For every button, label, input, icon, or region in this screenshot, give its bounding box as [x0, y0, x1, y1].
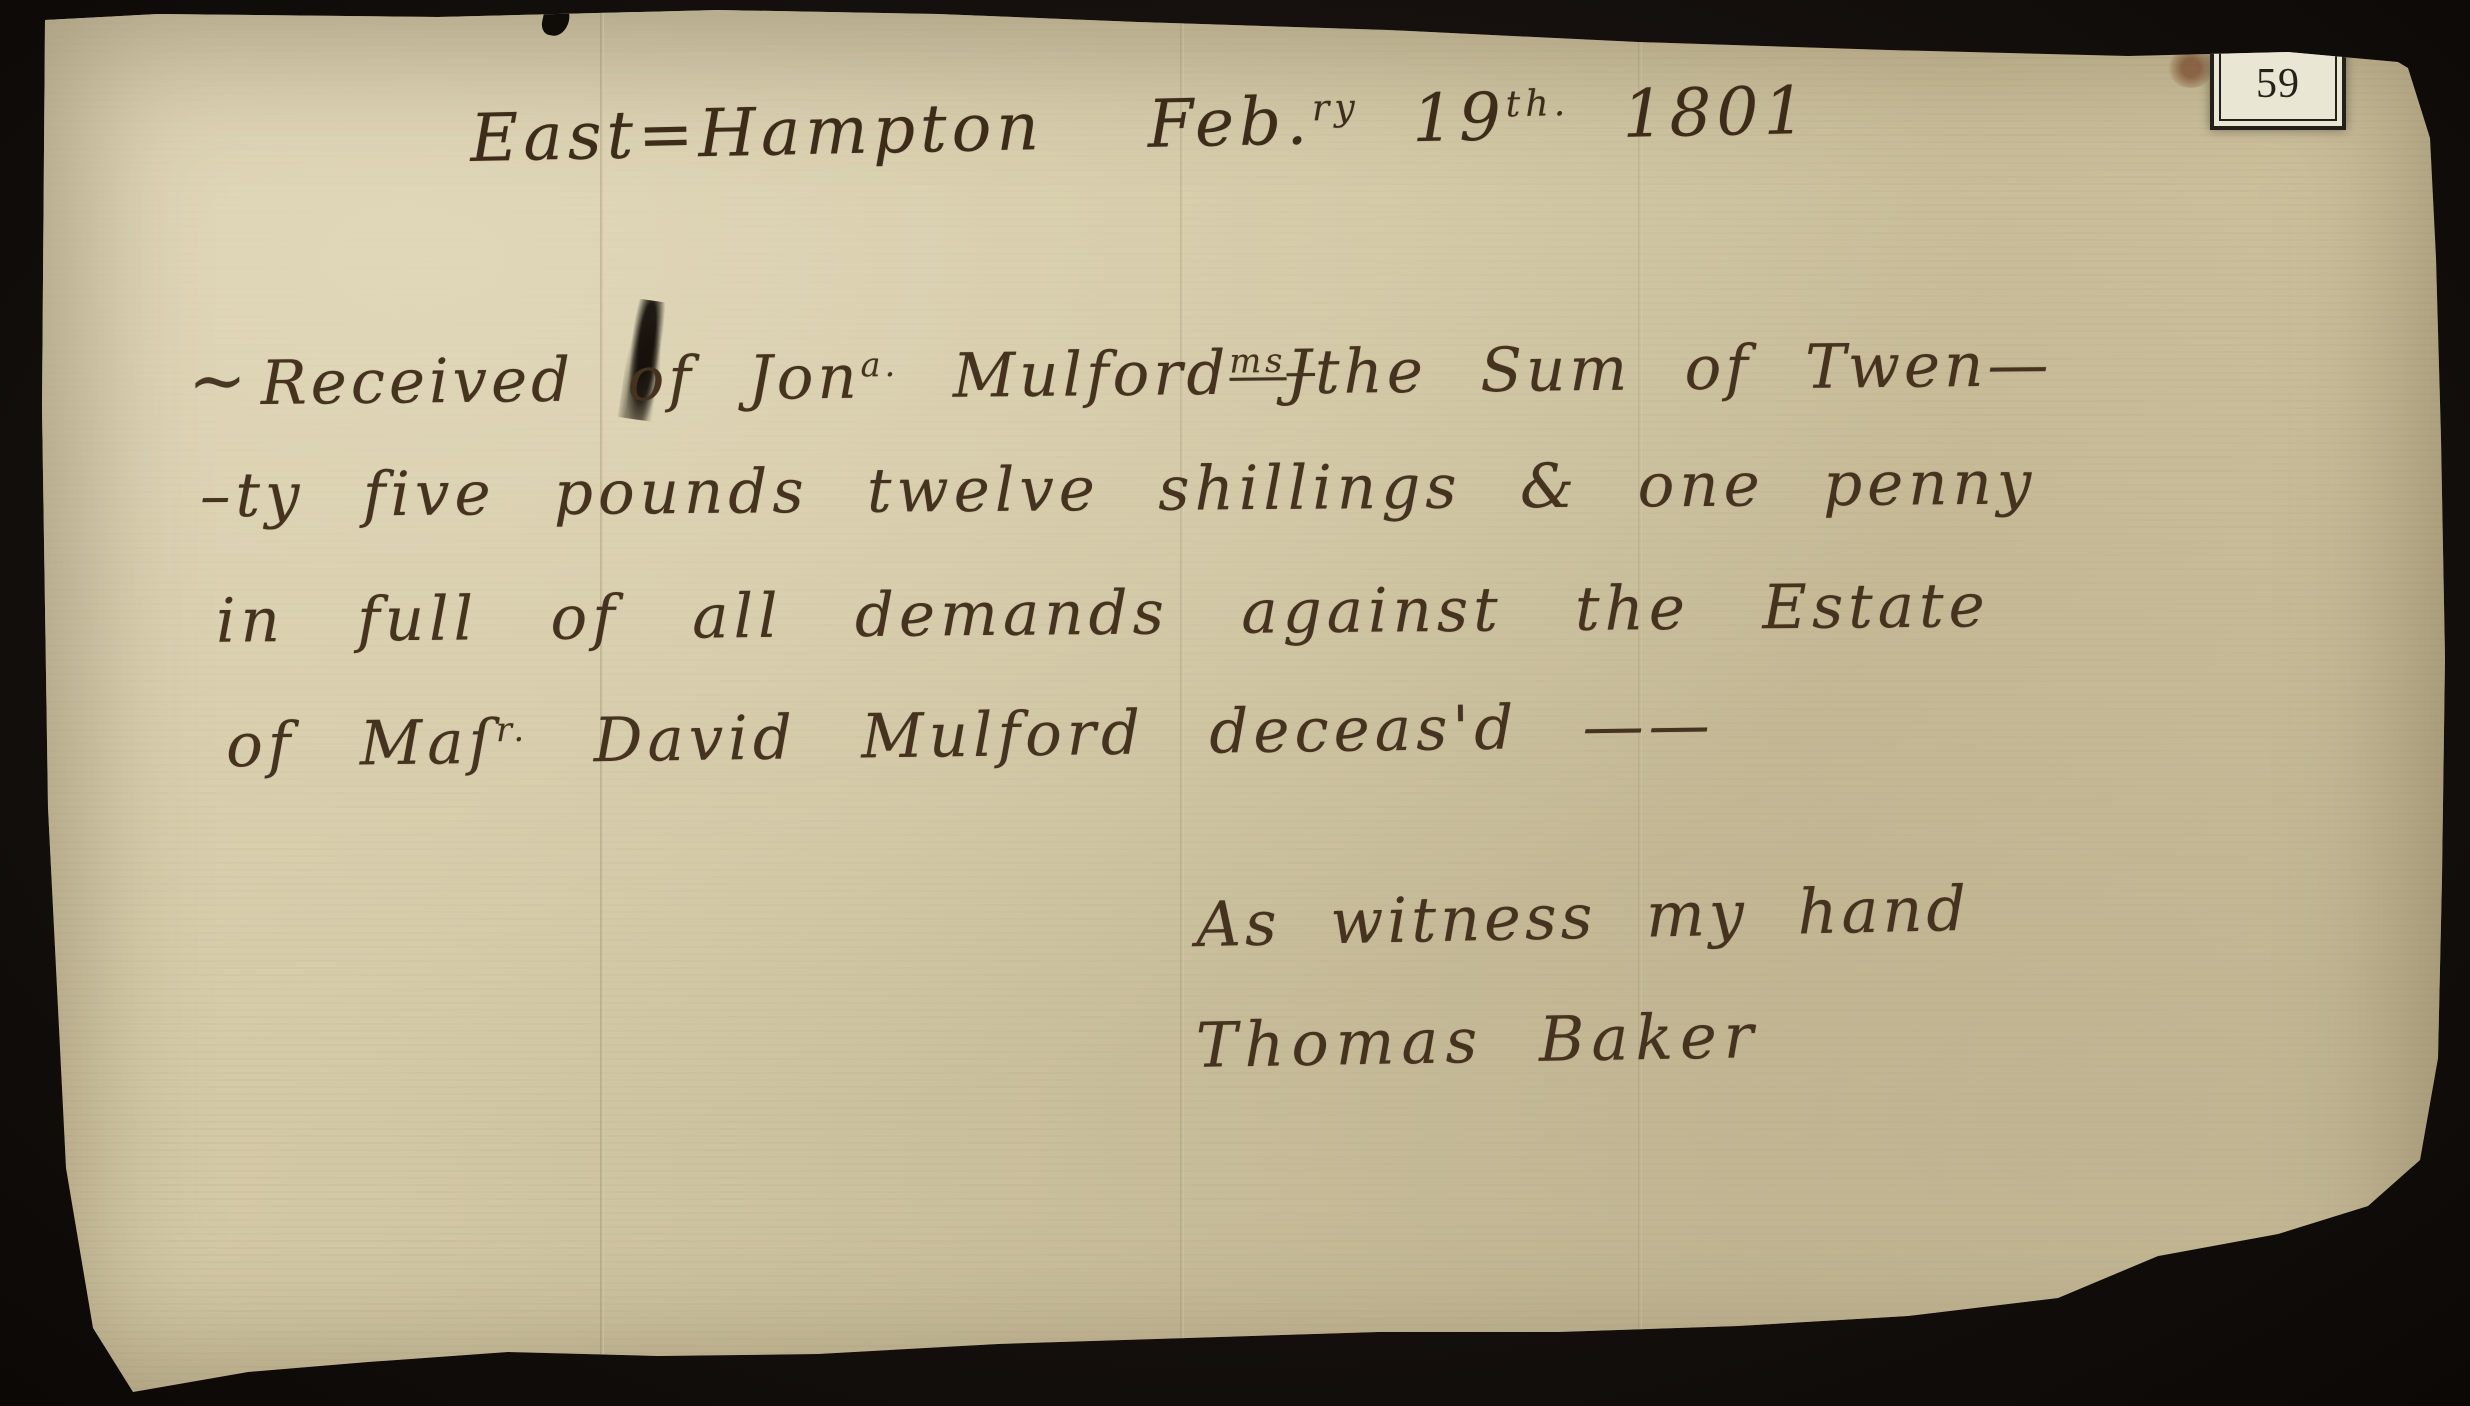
witness-line: As witness my hand: [1195, 872, 1970, 961]
date-day-superscript: th.: [1505, 81, 1570, 125]
line4-trailing-dash: ——: [1582, 690, 1715, 763]
sum-of-text: the Sum of Twen: [1315, 330, 1988, 408]
fold-crease-left: [600, 8, 604, 1400]
of-text: of: [226, 709, 296, 781]
struck-superscript: ms: [1229, 341, 1286, 381]
archive-number-label: 59: [2210, 38, 2346, 130]
signature: Thomas Baker: [1195, 999, 1761, 1082]
received-of-text: Received of: [260, 343, 695, 419]
struck-letter: J: [1286, 337, 1315, 408]
body-line-1: ~Received of Jona. MulfordmsJthe Sum of …: [188, 320, 2053, 422]
archive-number: 59: [2256, 60, 2300, 108]
date-year: 1801: [1622, 72, 1812, 153]
scan-background: 59 East=Hampton Feb.ry 19th. 1801 ~Recei…: [0, 0, 2470, 1406]
brown-stain: [2168, 48, 2214, 88]
date-day: 19: [1411, 78, 1507, 157]
line1-trailing-dash: —: [1987, 329, 2053, 401]
top-edge-ink-mark: [540, 0, 573, 38]
honorific-superscript: r.: [496, 710, 530, 749]
decedent-name: David Mulford deceas'd: [593, 692, 1519, 776]
receipt-paper: 59 East=Hampton Feb.ry 19th. 1801 ~Recei…: [38, 8, 2448, 1400]
body-line-2: –ty five pounds twelve shillings & one p…: [200, 448, 2037, 532]
date-month: Feb.: [1147, 82, 1313, 162]
payer-surname: Mulford: [952, 338, 1229, 412]
honorific: Maſ: [359, 707, 496, 780]
place-name: East=Hampton: [469, 88, 1044, 177]
date-month-superscript: ry: [1311, 85, 1360, 129]
payer-name-superscript: a.: [860, 345, 899, 384]
struck-out-text: msJ: [1229, 337, 1315, 409]
body-line-3: in full of all demands against the Estat…: [216, 570, 1990, 656]
body-line-4: of Maſr. David Mulford deceas'd ——: [226, 690, 1716, 782]
place-date-line: East=Hampton Feb.ry 19th. 1801: [469, 72, 1811, 177]
opening-flourish: ~: [188, 339, 248, 422]
payer-given-name: Jon: [748, 342, 861, 414]
